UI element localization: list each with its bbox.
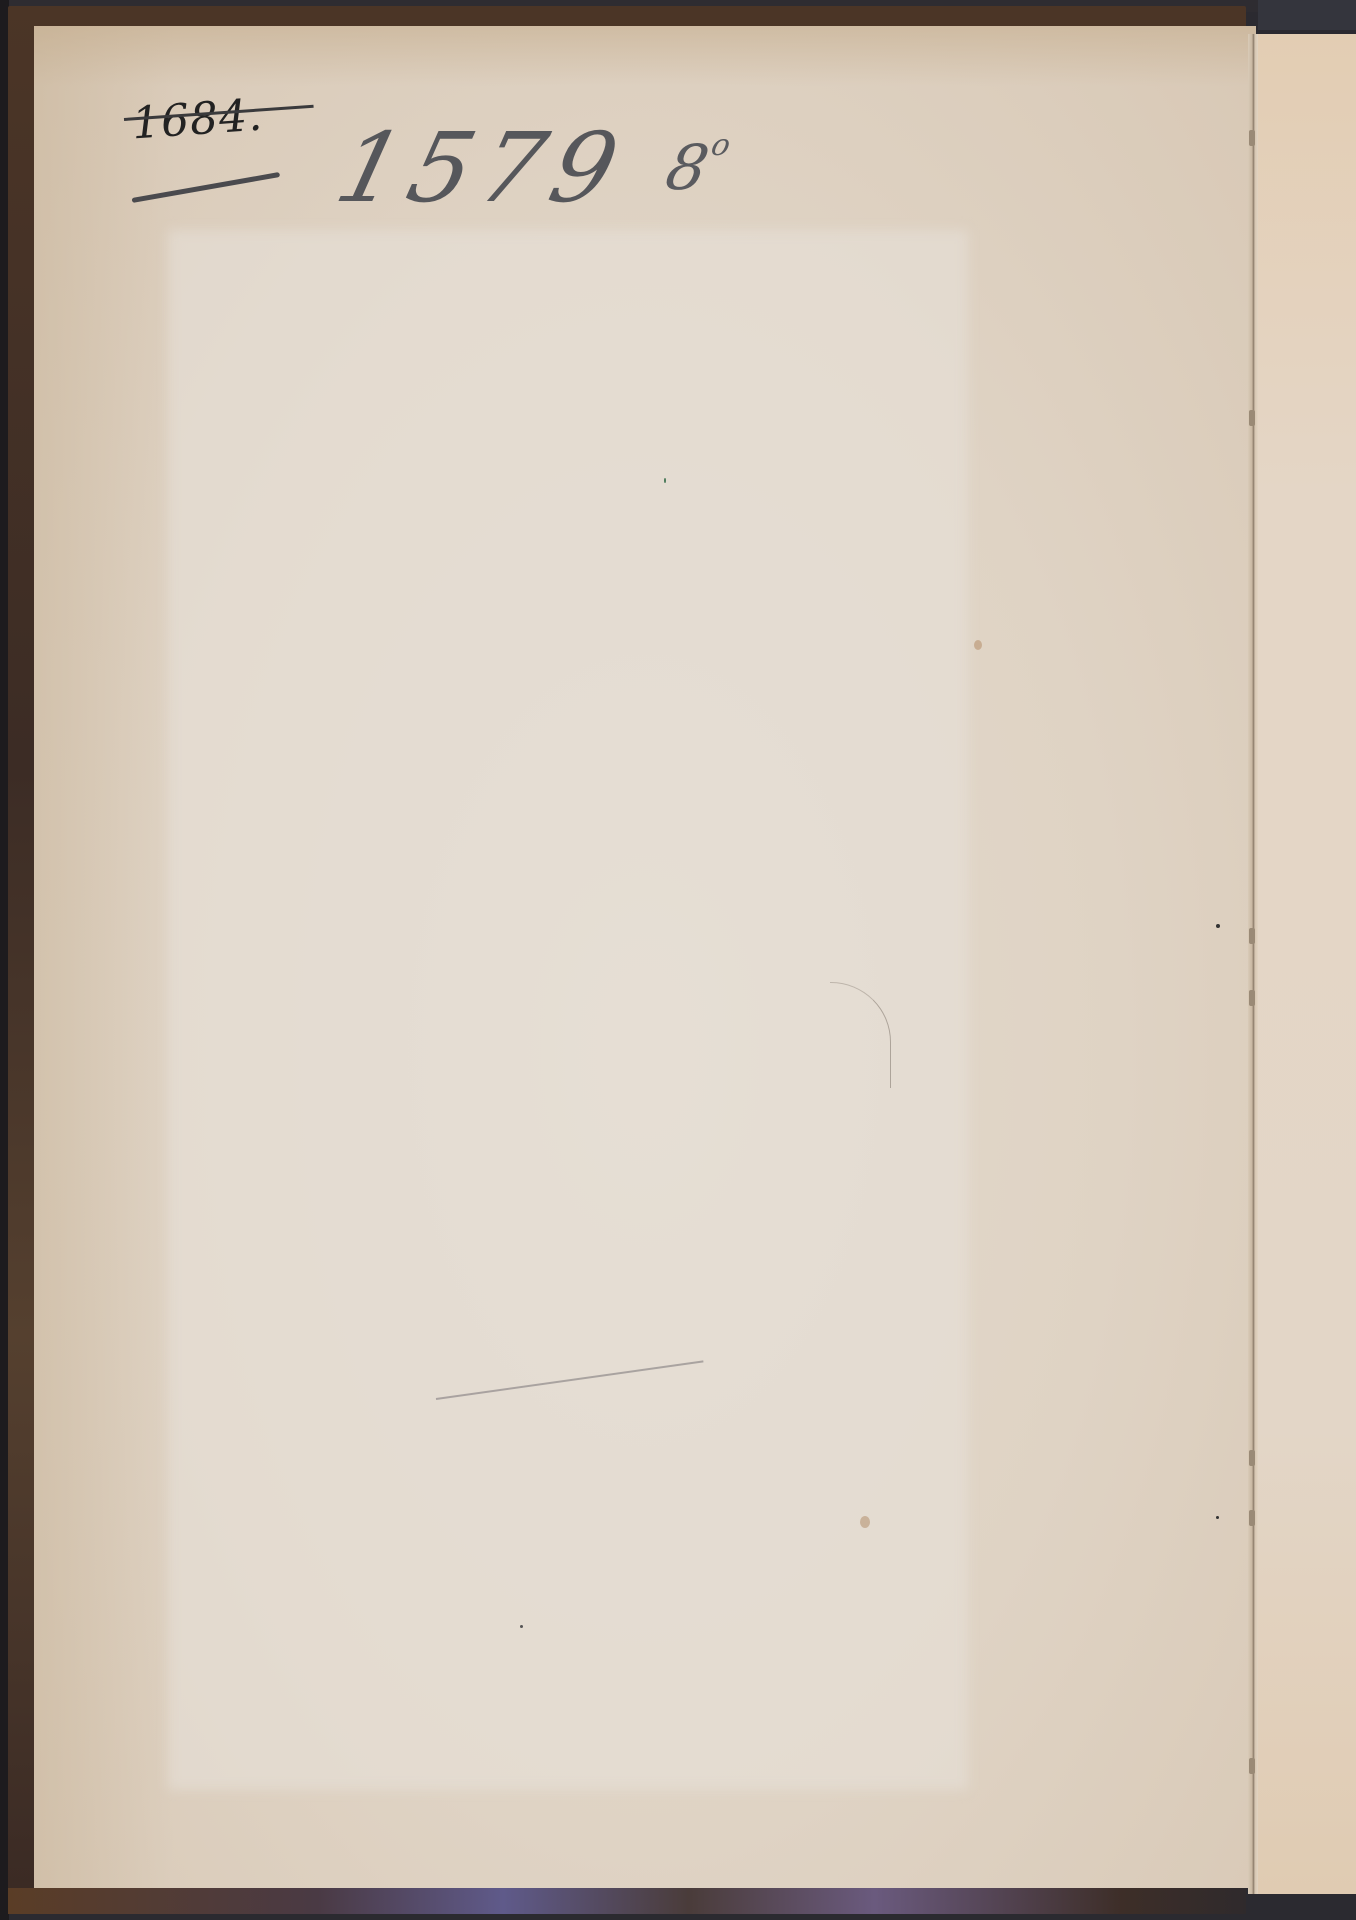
binding-stitch	[1249, 928, 1255, 944]
scan-background-corner	[1258, 0, 1356, 30]
speck	[664, 478, 666, 483]
speck	[1216, 1516, 1219, 1519]
foxing-spot	[860, 1516, 870, 1528]
binding-stitch	[1249, 1758, 1255, 1774]
paper-stain-top	[34, 26, 1256, 86]
shelfmark-number: 1579	[326, 112, 638, 224]
paper-stain-left	[34, 26, 174, 1888]
marbled-board-bottom-edge	[8, 1888, 1246, 1914]
binding-stitch	[1249, 1510, 1255, 1526]
binding-stitch	[1249, 1450, 1255, 1466]
old-shelfmark: 1684.	[130, 89, 264, 149]
foxing-spot	[974, 640, 982, 650]
flyleaf-edge	[1258, 34, 1356, 1894]
speck	[1216, 924, 1220, 928]
binding-stitch	[1249, 130, 1255, 146]
gutter-fold	[1248, 34, 1258, 1894]
binding-stitch	[1249, 990, 1255, 1006]
binding-stitch	[1249, 410, 1255, 426]
speck	[520, 1625, 523, 1628]
